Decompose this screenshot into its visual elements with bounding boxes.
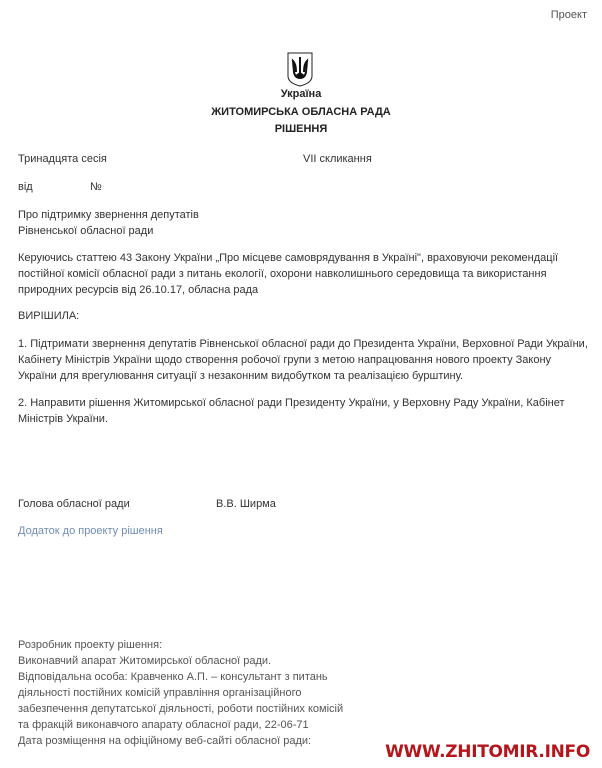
number-label: № bbox=[90, 179, 102, 195]
preamble-paragraph: Керуючись статтею 43 Закону України „Про… bbox=[18, 250, 588, 298]
site-watermark: WWW.ZHITOMIR.INFO bbox=[385, 742, 590, 762]
subject-line-2: Рівненської обласної ради bbox=[18, 223, 153, 239]
document-type-heading: РІШЕННЯ bbox=[0, 123, 602, 135]
date-label: від bbox=[18, 179, 33, 195]
subject-line-1: Про підтримку звернення депутатів bbox=[18, 207, 199, 223]
convocation: VII скликання bbox=[303, 151, 372, 167]
signature-name: В.В. Ширма bbox=[216, 496, 276, 512]
footer-line: та фракцій виконавчого апарату обласної … bbox=[18, 717, 348, 733]
footer-line: Відповідальна особа: Кравченко А.П. – ко… bbox=[18, 669, 348, 685]
decision-point-2: 2. Направити рішення Житомирської обласн… bbox=[18, 395, 588, 427]
footer-line: Дата розміщення на офіційному веб-сайті … bbox=[18, 733, 348, 749]
council-heading: ЖИТОМИРСЬКА ОБЛАСНА РАДА bbox=[0, 106, 602, 118]
footer-info: Розробник проекту рішення: Виконавчий ап… bbox=[18, 637, 348, 749]
decision-point-1: 1. Підтримати звернення депутатів Рівнен… bbox=[18, 336, 588, 384]
footer-line: Розробник проекту рішення: bbox=[18, 637, 348, 653]
project-status-label: Проект bbox=[551, 9, 587, 21]
session-name: Тринадцята сесія bbox=[18, 151, 107, 167]
footer-line: забезпечення депутатської діяльності, ро… bbox=[18, 701, 348, 717]
country-heading: Україна bbox=[0, 88, 602, 100]
signature-position: Голова обласної ради bbox=[18, 496, 130, 512]
footer-line: Виконавчий апарат Житомирської обласної … bbox=[18, 653, 348, 669]
appendix-link[interactable]: Додаток до проекту рішення bbox=[18, 523, 163, 539]
decided-label: ВИРІШИЛА: bbox=[18, 308, 79, 324]
trident-emblem-icon bbox=[287, 52, 313, 87]
footer-line: діяльності постійних комісій управління … bbox=[18, 685, 348, 701]
